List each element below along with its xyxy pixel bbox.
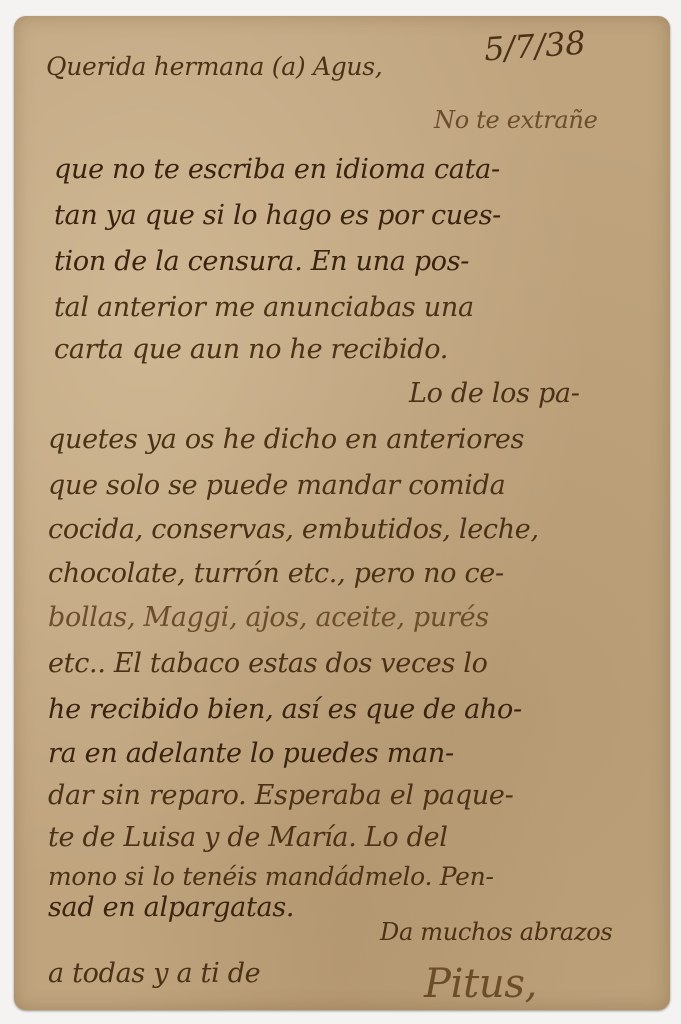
letter-line: te de Luisa y de María. Lo del [48,824,448,851]
letter-line: tal anterior me anunciabas una [54,294,474,321]
letter-line: ra en adelante lo puedes man- [48,740,454,767]
letter-line: tan ya que si lo hago es por cues- [54,202,501,229]
letter-line: quetes ya os he dicho en anteriores [48,426,524,453]
letter-line: sad en alpargatas. [48,894,294,921]
letter-line: bollas, Maggi, ajos, aceite, purés [48,604,489,631]
letter-line: dar sin reparo. Esperaba el paque- [48,782,513,809]
closing-line: a todas y a ti de [48,960,260,987]
letter-line: etc.. El tabaco estas dos veces lo [48,650,488,677]
letter-line: mono si lo tenéis mandádmelo. Pen- [48,864,494,889]
letter-line: No te extrañe [434,108,597,132]
letter-line: carta que aun no he recibido. [54,336,448,363]
letter-line: he recibido bien, así es que de aho- [48,696,522,723]
letter-date: 5/7/38 [483,27,586,66]
letter-line: que no te escriba en idioma cata- [54,156,500,183]
signature: Pitus, [424,964,537,1004]
letter-line: chocolate, turrón etc., pero no ce- [48,560,504,587]
closing-line: Da muchos abrazos [380,920,612,944]
letter-line: Lo de los pa- [409,380,580,407]
letter-line: que solo se puede mandar comida [48,472,505,499]
letter-line: tion de la censura. En una pos- [54,248,469,275]
letter-line: cocida, conservas, embutidos, leche, [48,516,539,543]
salutation: Querida hermana (a) Agus, [46,54,382,79]
postcard: 5/7/38 Querida hermana (a) Agus, No te e… [14,16,670,1010]
